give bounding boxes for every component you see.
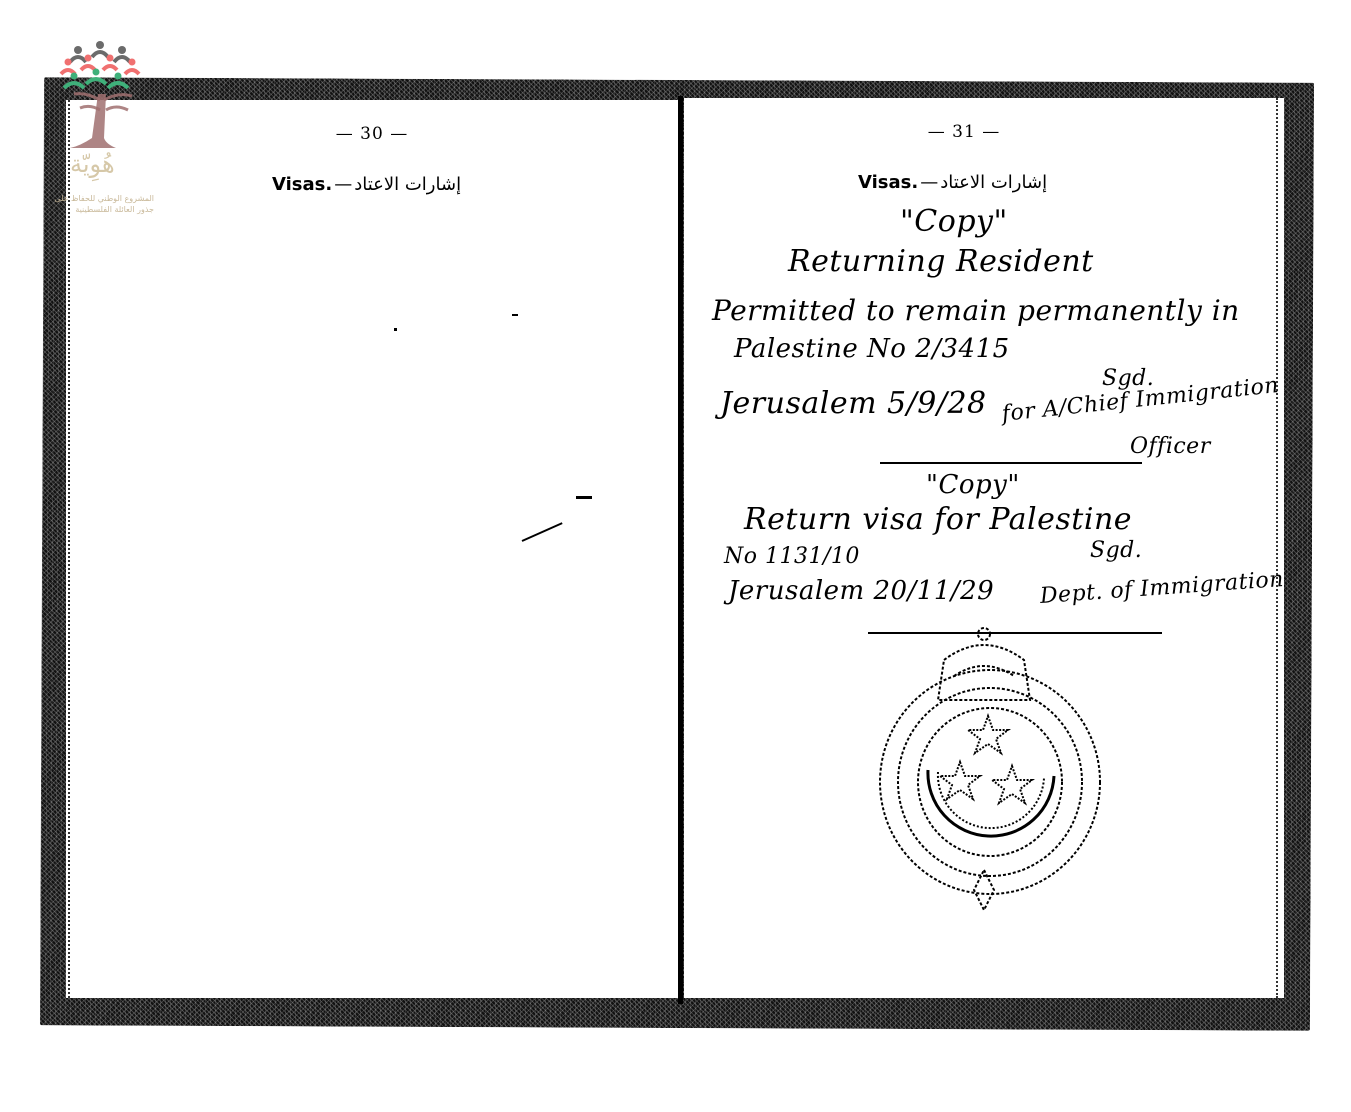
scan-speck bbox=[394, 328, 397, 331]
entry-2-line: Jerusalem 20/11/29 bbox=[728, 576, 994, 606]
page-edge bbox=[68, 100, 70, 998]
royal-seal-icon bbox=[864, 620, 1104, 920]
page-heading: Visas. — إشارات الاعتاد bbox=[272, 174, 461, 195]
heading-arabic: إشارات الاعتاد bbox=[940, 172, 1047, 193]
heading-english: Visas. bbox=[272, 174, 332, 195]
entry-1-line: Jerusalem 5/9/28 bbox=[720, 386, 987, 421]
left-page: — 30 — Visas. — إشارات الاعتاد bbox=[66, 100, 678, 998]
heading-dash: — bbox=[920, 172, 938, 193]
entry-divider bbox=[880, 462, 1142, 464]
page-number: — 31 — bbox=[664, 122, 1264, 142]
watermark-line-1: المشروع الوطني للحفاظ على bbox=[54, 194, 154, 203]
entry-2-line: Return visa for Palestine bbox=[744, 502, 1132, 537]
scan-speck bbox=[512, 314, 518, 316]
entry-1-line: Permitted to remain permanently in bbox=[712, 294, 1240, 327]
heading-dash: — bbox=[334, 174, 352, 195]
family-tree-icon bbox=[56, 38, 156, 158]
heading-english: Visas. bbox=[858, 172, 918, 193]
book-spine bbox=[678, 96, 683, 1004]
watermark-line-2: جذور العائلة الفلسطينية bbox=[75, 205, 154, 214]
entry-1-signatory-line2: Officer bbox=[1130, 434, 1211, 459]
entry-1-line: Returning Resident bbox=[788, 244, 1094, 279]
scan-speck bbox=[576, 496, 592, 499]
entry-1-copy-label: "Copy" bbox=[900, 204, 1008, 239]
entry-2-signatory: Dept. of Immigration bbox=[1039, 567, 1285, 609]
entry-1-line: Palestine No 2/3415 bbox=[734, 334, 1010, 364]
page-heading: Visas. — إشارات الاعتاد bbox=[858, 172, 1047, 193]
heritage-watermark-logo: هُوِيّة المشروع الوطني للحفاظ على جذور ا… bbox=[56, 38, 156, 218]
scan-stroke bbox=[522, 522, 563, 542]
watermark-title: هُوِيّة bbox=[70, 150, 115, 178]
entry-2-copy-label: "Copy" bbox=[926, 470, 1020, 500]
page-number: — 30 — bbox=[66, 124, 678, 144]
entry-2-line: No 1131/10 bbox=[724, 544, 860, 569]
page-edge bbox=[1276, 98, 1278, 998]
heading-arabic: إشارات الاعتاد bbox=[354, 174, 461, 195]
entry-2-signature: Sgd. bbox=[1090, 538, 1142, 563]
